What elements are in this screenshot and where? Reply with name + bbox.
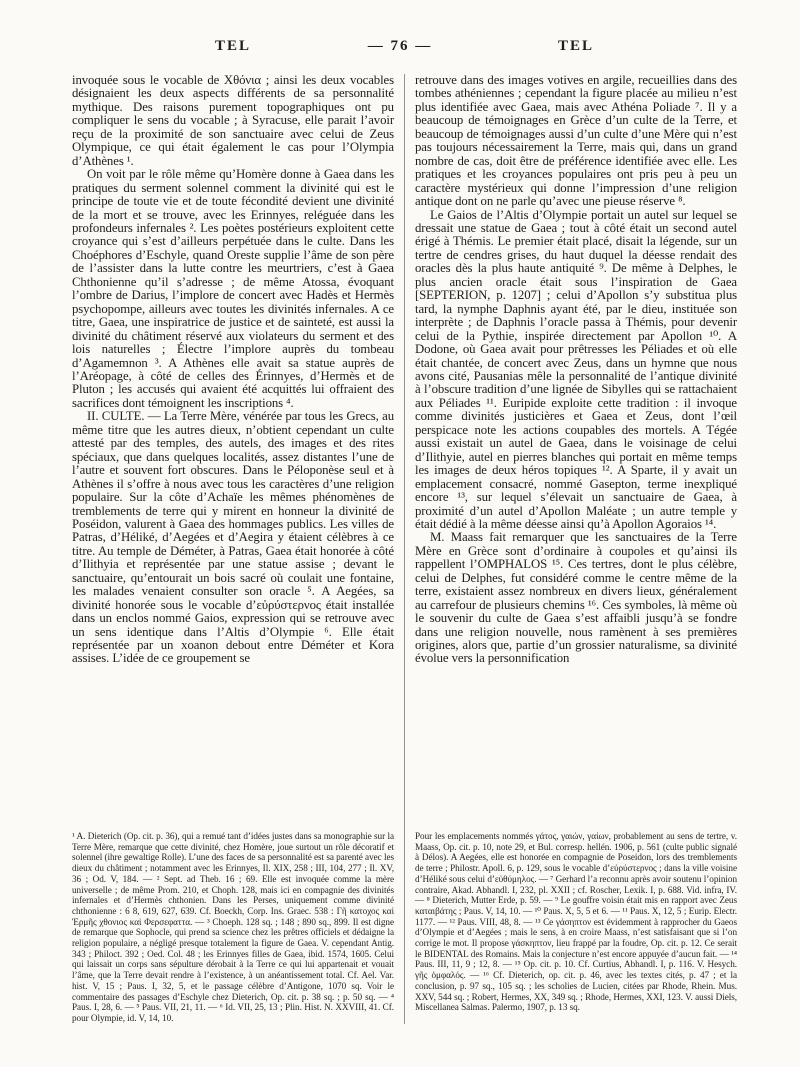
paragraph-continuation: invoquée sous le vocable de Χθόνια ; ain… [72,74,394,168]
page-header: — 76 — TEL TEL [0,38,800,60]
running-title-left: TEL [72,38,394,55]
column-divider-rule [404,74,405,1024]
paragraph-gaios-olympie: Le Gaios de l’Altis d’Olympie portait un… [415,209,737,532]
left-column: invoquée sous le vocable de Χθόνια ; ain… [72,74,394,1024]
left-column-body: invoquée sous le vocable de Χθόνια ; ain… [72,74,394,822]
paragraph-continuation: retrouve dans des images votives en argi… [415,74,737,209]
right-column-body: retrouve dans des images votives en argi… [415,74,737,822]
running-title-right: TEL [415,38,737,55]
two-column-layout: invoquée sous le vocable de Χθόνια ; ain… [0,74,800,1024]
paragraph: On voit par le rôle même qu’Homère donne… [72,168,394,410]
footnotes-right: Pour les emplacements nommés γάτος, γαιώ… [415,831,737,1013]
footnotes-left: ¹ A. Dieterich (Op. cit. p. 36), qui a r… [72,831,394,1024]
right-column: retrouve dans des images votives en argi… [415,74,737,1024]
paragraph-section-culte: II. CULTE. — La Terre Mère, vénérée par … [72,410,394,666]
scanned-dictionary-page: — 76 — TEL TEL invoquée sous le vocable … [0,0,800,1024]
paragraph-maass-omphalos: M. Maass fait remarquer que les sanctuai… [415,531,737,666]
